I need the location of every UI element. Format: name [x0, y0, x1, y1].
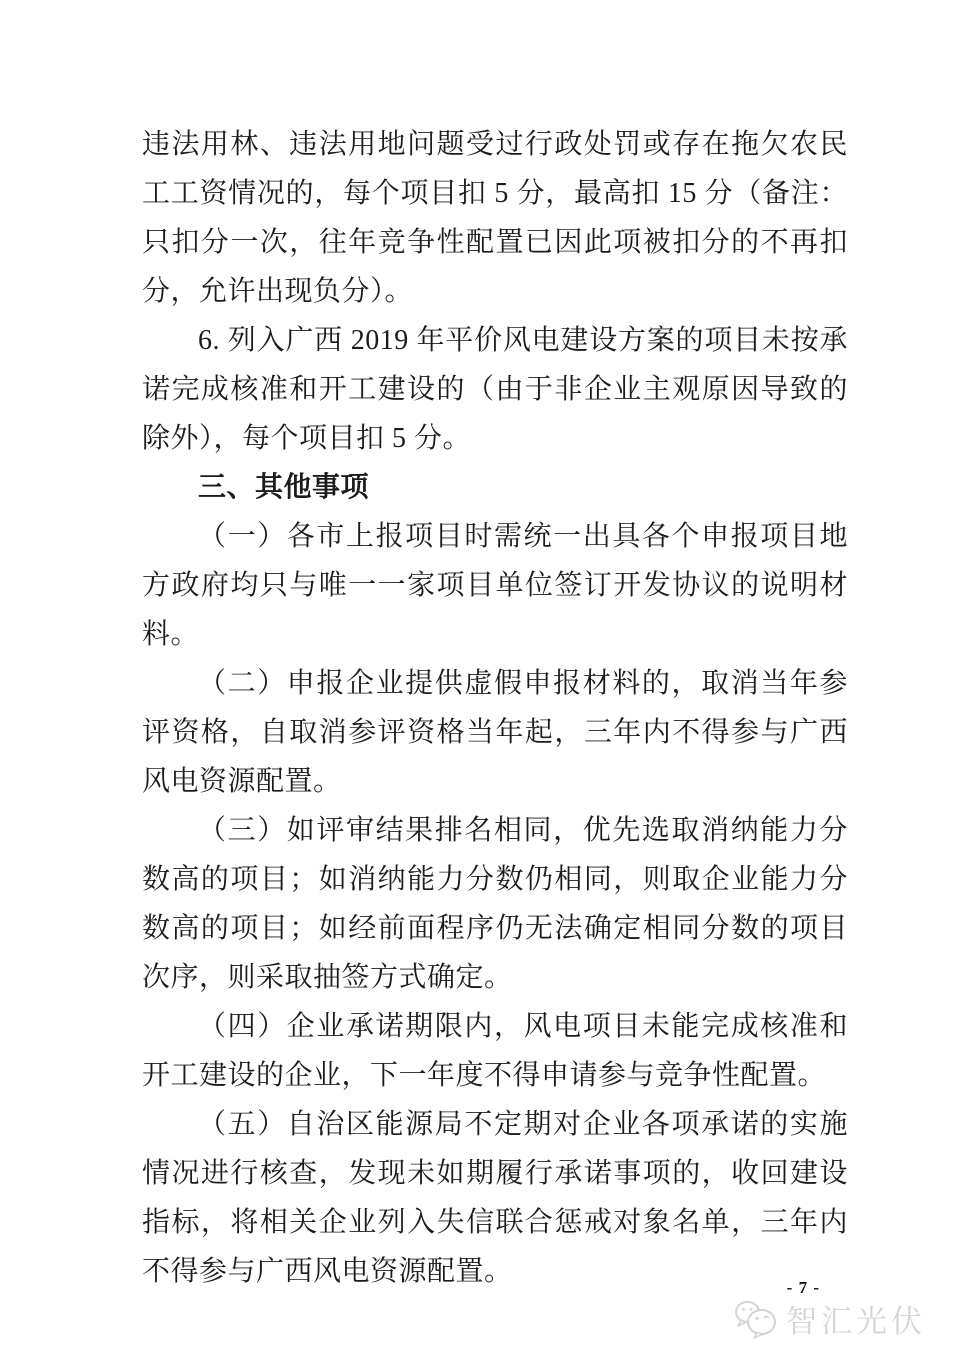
paragraph-item-5: （五）自治区能源局不定期对企业各项承诺的实施情况进行核查，发现未如期履行承诺事项…	[142, 1100, 848, 1296]
document-page: 违法用林、违法用地问题受过行政处罚或存在拖欠农民工工资情况的，每个项目扣 5 分…	[0, 0, 962, 1360]
paragraph-item-3: （三）如评审结果排名相同，优先选取消纳能力分数高的项目；如消纳能力分数仍相同，则…	[142, 806, 848, 1002]
paragraph-item-4: （四）企业承诺期限内，风电项目未能完成核准和开工建设的企业，下一年度不得申请参与…	[142, 1002, 848, 1100]
paragraph-item-6: 6. 列入广西 2019 年平价风电建设方案的项目未按承诺完成核准和开工建设的（…	[142, 316, 848, 463]
watermark-brand: 智汇光伏	[786, 1296, 926, 1341]
paragraph-item-1: （一）各市上报项目时需统一出具各个申报项目地方政府均只与唯一一家项目单位签订开发…	[142, 512, 848, 659]
page-number: - 7 -	[787, 1278, 820, 1298]
watermark: 智汇光伏	[733, 1296, 926, 1341]
paragraph-continuation: 违法用林、违法用地问题受过行政处罚或存在拖欠农民工工资情况的，每个项目扣 5 分…	[142, 120, 848, 316]
document-body: 违法用林、违法用地问题受过行政处罚或存在拖欠农民工工资情况的，每个项目扣 5 分…	[142, 120, 848, 1296]
wechat-chat-bubbles-icon	[733, 1298, 779, 1340]
paragraph-item-2: （二）申报企业提供虚假申报材料的，取消当年参评资格，自取消参评资格当年起，三年内…	[142, 659, 848, 806]
section-heading-other-matters: 三、其他事项	[142, 463, 848, 512]
